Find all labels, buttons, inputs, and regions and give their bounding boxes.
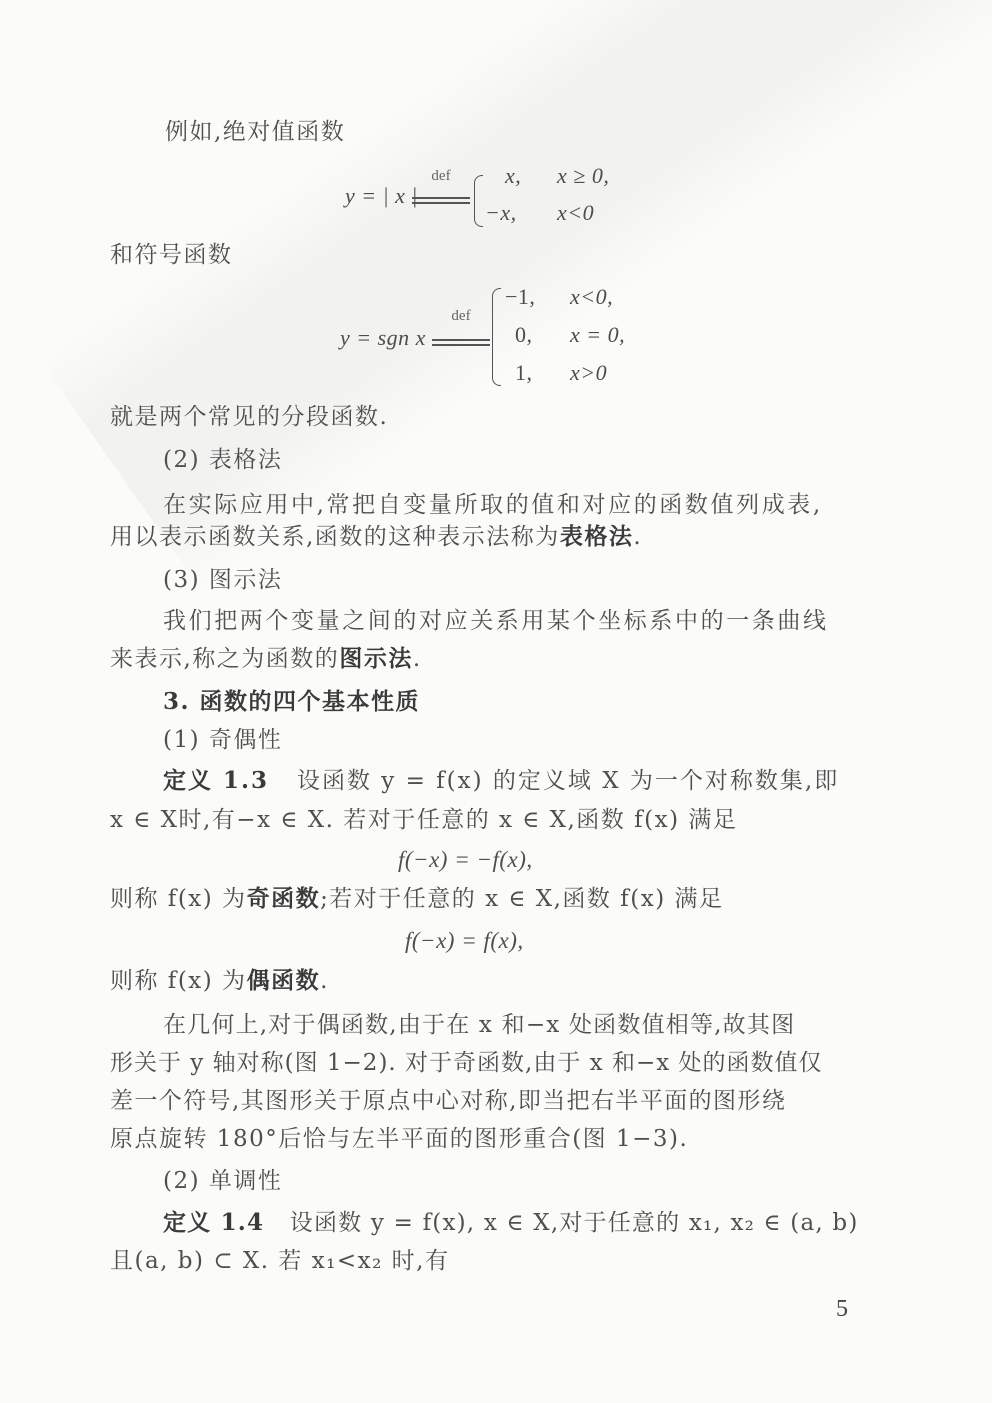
page-number: 5 — [836, 1296, 848, 1323]
geometry-text: 在几何上,对于偶函数,由于在 x 和−x 处函数值相等,故其图 — [163, 1012, 795, 1038]
definition-1-4-line1: 定义 1.4 设函数 y = f(x), x ∈ X,对于任意的 x₁, x₂ … — [163, 1208, 859, 1238]
definition-text: 设函数 y = f(x), x ∈ X,对于任意的 x₁, x₂ ∈ (a, b… — [290, 1210, 859, 1236]
geometry-line1: 在几何上,对于偶函数,由于在 x 和−x 处函数值相等,故其图 — [163, 1010, 795, 1040]
case-value: −1, — [505, 284, 535, 310]
case-condition: x<0, — [570, 284, 613, 310]
sgn-intro-text: 和符号函数 — [110, 242, 233, 268]
piecewise-text: 就是两个常见的分段函数. — [110, 404, 388, 430]
definition-text: 设函数 y = f(x) 的定义域 X 为一个对称数集,即 — [297, 768, 839, 794]
case-condition: x<0 — [557, 200, 594, 226]
paragraph-table-line1: 在实际应用中,常把自变量所取的值和对应的函数值列成表, — [163, 490, 823, 520]
heading-graph-method: (3) 图示法 — [163, 565, 282, 595]
paragraph-sgn-intro: 和符号函数 — [110, 240, 233, 270]
heading-monotonicity: (2) 单调性 — [163, 1166, 282, 1196]
case-value: −x, — [485, 200, 517, 226]
term-odd-function: 奇函数 — [247, 885, 321, 912]
term-even-function: 偶函数 — [247, 967, 321, 994]
graph-line2-text: 来表示,称之为函数的 — [110, 646, 339, 672]
paragraph-graph-line1: 我们把两个变量之间的对应关系用某个坐标系中的一条曲线 — [163, 606, 829, 636]
period: . — [413, 646, 422, 672]
even-formula-text: f(−x) = f(x), — [405, 928, 524, 953]
case-value: x, — [505, 163, 521, 189]
sgn-formula-lhs: y = sgn x — [340, 325, 426, 351]
paragraph-graph-line2: 来表示,称之为函数的图示法. — [110, 644, 422, 674]
heading-parity: (1) 奇偶性 — [163, 725, 282, 755]
even-function-line: 则称 f(x) 为偶函数. — [110, 966, 329, 996]
geometry-line3: 差一个符号,其图形关于原点中心对称,即当把右半平面的图形绕 — [110, 1086, 786, 1116]
even-line-text: 则称 f(x) 为 — [110, 968, 247, 994]
definition-1-4-line2: 且(a, b) ⊂ X. 若 x₁<x₂ 时,有 — [110, 1246, 449, 1276]
definition-1-3-line2: x ∈ X时,有−x ∈ X. 若对于任意的 x ∈ X,函数 f(x) 满足 — [110, 805, 737, 835]
term-graph-method: 图示法 — [339, 645, 413, 672]
geometry-text: 差一个符号,其图形关于原点中心对称,即当把右半平面的图形绕 — [110, 1088, 786, 1114]
case-condition: x>0 — [570, 360, 607, 386]
abs-intro-text: 例如,绝对值函数 — [165, 119, 345, 145]
definition-1-3-line1: 定义 1.3 设函数 y = f(x) 的定义域 X 为一个对称数集,即 — [163, 766, 839, 796]
geometry-line2: 形关于 y 轴对称(图 1−2). 对于奇函数,由于 x 和−x 处的函数值仅 — [110, 1048, 823, 1078]
paragraph-table-line2: 用以表示函数关系,函数的这种表示法称为表格法. — [110, 522, 642, 552]
graph-line1-text: 我们把两个变量之间的对应关系用某个坐标系中的一条曲线 — [163, 608, 829, 634]
odd-line-text: ;若对于任意的 x ∈ X,函数 f(x) 满足 — [320, 886, 723, 912]
paragraph-piecewise: 就是两个常见的分段函数. — [110, 402, 388, 432]
case-condition: x = 0, — [570, 322, 625, 348]
def-label: def — [412, 168, 470, 185]
odd-function-formula: f(−x) = −f(x), — [398, 845, 533, 875]
case-value: 1, — [515, 360, 533, 386]
left-brace — [492, 288, 501, 386]
definition-label: 定义 1.4 — [163, 1209, 264, 1236]
graph-method-heading: (3) 图示法 — [163, 567, 282, 593]
def-label: def — [432, 308, 490, 325]
paragraph-abs-intro: 例如,绝对值函数 — [165, 117, 345, 147]
parity-heading: (1) 奇偶性 — [163, 727, 282, 753]
period: . — [633, 524, 642, 550]
abs-formula-lhs: y = | x | — [345, 183, 418, 209]
definition-text: x ∈ X时,有−x ∈ X. 若对于任意的 x ∈ X,函数 f(x) 满足 — [110, 807, 737, 833]
case-value: 0, — [515, 322, 533, 348]
geometry-text: 原点旋转 180°后恰与左半平面的图形重合(图 1−3). — [110, 1126, 688, 1152]
odd-formula-text: f(−x) = −f(x), — [398, 847, 533, 872]
monotonicity-heading: (2) 单调性 — [163, 1168, 282, 1194]
definition-text: 且(a, b) ⊂ X. 若 x₁<x₂ 时,有 — [110, 1248, 449, 1274]
odd-function-line: 则称 f(x) 为奇函数;若对于任意的 x ∈ X,函数 f(x) 满足 — [110, 884, 723, 914]
case-condition: x ≥ 0, — [557, 163, 609, 189]
table-line2-text: 用以表示函数关系,函数的这种表示法称为 — [110, 524, 560, 550]
textbook-page: 例如,绝对值函数 y = | x | def x, x ≥ 0, −x, x<0… — [0, 0, 992, 1403]
table-line1-text: 在实际应用中,常把自变量所取的值和对应的函数值列成表, — [163, 492, 823, 518]
table-method-heading: (2) 表格法 — [163, 447, 282, 473]
definition-label: 定义 1.3 — [163, 767, 269, 794]
section-3-title: 3. 函数的四个基本性质 — [163, 688, 420, 715]
period: . — [320, 968, 329, 994]
heading-table-method: (2) 表格法 — [163, 445, 282, 475]
geometry-text: 形关于 y 轴对称(图 1−2). 对于奇函数,由于 x 和−x 处的函数值仅 — [110, 1050, 823, 1076]
geometry-line4: 原点旋转 180°后恰与左半平面的图形重合(图 1−3). — [110, 1124, 688, 1154]
section-heading-properties: 3. 函数的四个基本性质 — [163, 687, 420, 717]
left-brace — [474, 175, 483, 227]
term-table-method: 表格法 — [560, 523, 634, 550]
even-function-formula: f(−x) = f(x), — [405, 926, 524, 956]
odd-line-text: 则称 f(x) 为 — [110, 886, 247, 912]
